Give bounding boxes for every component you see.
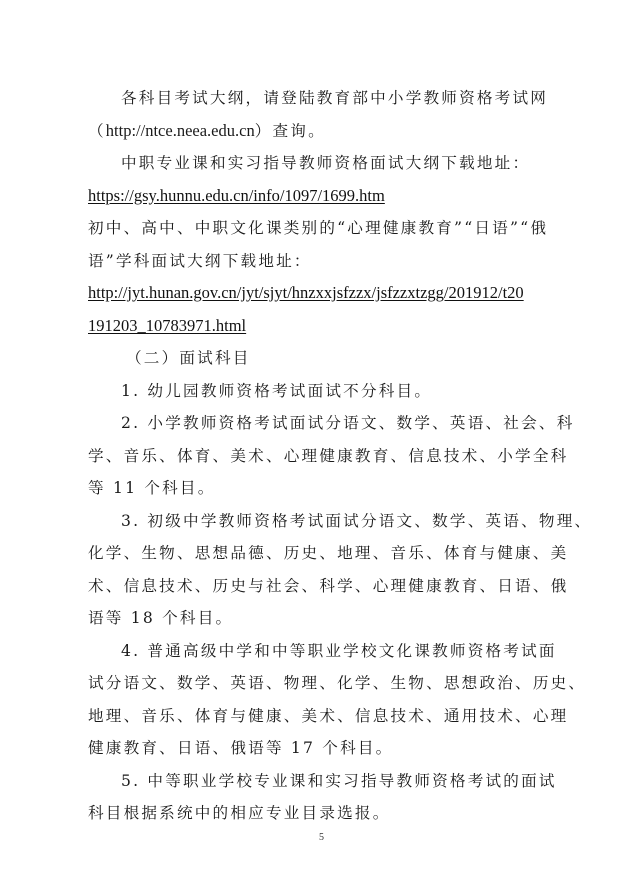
culture-syllabus-label-line-1: 初中、高中、中职文化课类别的“心理健康教育”“日语”“俄	[88, 212, 550, 245]
item-1-kindergarten: 1. 幼儿园教师资格考试面试不分科目。	[88, 375, 550, 408]
document-page: 各科目考试大纲，请登陆教育部中小学教师资格考试网 （http://ntce.ne…	[88, 82, 550, 830]
item-4-line-4: 健康教育、日语、俄语等 17 个科目。	[88, 732, 550, 765]
item-4-line-1: 4. 普通高级中学和中等职业学校文化课教师资格考试面	[88, 635, 550, 668]
item-2-line-3: 等 11 个科目。	[88, 472, 550, 505]
item-4-line-3: 地理、音乐、体育与健康、美术、信息技术、通用技术、心理	[88, 700, 550, 733]
item-3-line-3: 术、信息技术、历史与社会、科学、心理健康教育、日语、俄	[88, 570, 550, 603]
item-3-line-2: 化学、生物、思想品德、历史、地理、音乐、体育与健康、美	[88, 537, 550, 570]
item-2-line-2: 学、音乐、体育、美术、心理健康教育、信息技术、小学全科	[88, 440, 550, 473]
paragraph-syllabus-line-1: 各科目考试大纲，请登陆教育部中小学教师资格考试网	[88, 82, 550, 115]
culture-syllabus-link-line-2: 191203_10783971.html	[88, 310, 550, 343]
item-3-line-4: 语等 18 个科目。	[88, 602, 550, 635]
paragraph-syllabus-line-2: （http://ntce.neea.edu.cn）查询。	[88, 115, 550, 148]
item-2-line-1: 2. 小学教师资格考试面试分语文、数学、英语、社会、科	[88, 407, 550, 440]
culture-syllabus-link-part-1[interactable]: http://jyt.hunan.gov.cn/jyt/sjyt/hnzxxjs…	[88, 283, 524, 302]
item-5-line-1: 5. 中等职业学校专业课和实习指导教师资格考试的面试	[88, 765, 550, 798]
item-3-line-1: 3. 初级中学教师资格考试面试分语文、数学、英语、物理、	[88, 505, 550, 538]
open-paren: （	[88, 122, 106, 140]
close-paren-text: ）查询。	[255, 122, 326, 140]
vocational-syllabus-link[interactable]: https://gsy.hunnu.edu.cn/info/1097/1699.…	[88, 186, 385, 205]
vocational-syllabus-label: 中职专业课和实习指导教师资格面试大纲下载地址：	[88, 147, 550, 180]
section-heading-interview-subjects: （二）面试科目	[88, 342, 550, 375]
culture-syllabus-label-line-2: 语”学科面试大纲下载地址：	[88, 245, 550, 278]
culture-syllabus-link-part-2[interactable]: 191203_10783971.html	[88, 316, 246, 335]
vocational-syllabus-link-line: https://gsy.hunnu.edu.cn/info/1097/1699.…	[88, 180, 550, 213]
page-number: 5	[0, 832, 643, 843]
item-5-line-2: 科目根据系统中的相应专业目录选报。	[88, 797, 550, 830]
culture-syllabus-link-line-1: http://jyt.hunan.gov.cn/jyt/sjyt/hnzxxjs…	[88, 277, 550, 310]
item-4-line-2: 试分语文、数学、英语、物理、化学、生物、思想政治、历史、	[88, 667, 550, 700]
ntce-url: http://ntce.neea.edu.cn	[106, 121, 255, 140]
